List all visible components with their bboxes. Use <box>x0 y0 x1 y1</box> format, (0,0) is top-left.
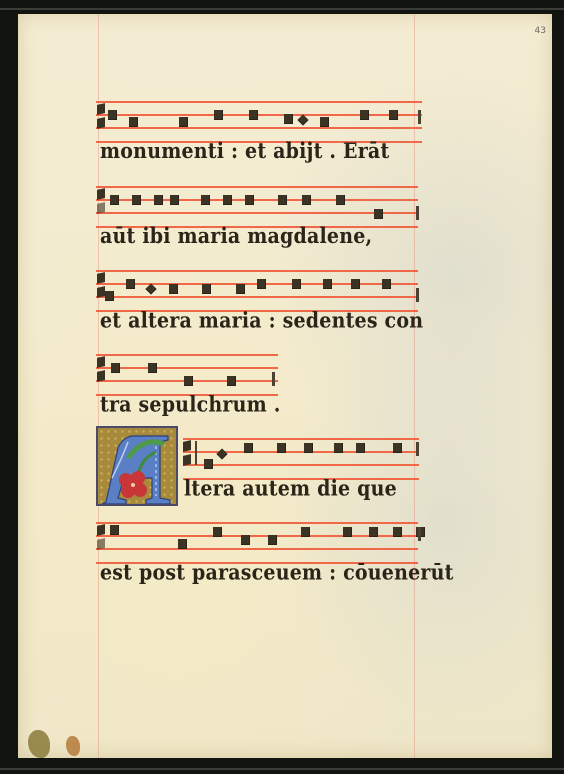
manuscript-page: 43 monumenti : et abijt . Erāt <box>18 14 552 758</box>
lyric-line-1: monumenti : et abijt . Erāt <box>100 139 389 164</box>
lyric-line-2: aūt ibi maria magdalene, <box>100 224 372 249</box>
c-clef-icon <box>97 272 105 284</box>
folio-number: 43 <box>535 26 546 36</box>
lyric-line-6: est post parasceuem : cōuenerūt <box>100 560 454 585</box>
c-clef-icon <box>97 524 105 536</box>
c-clef-icon <box>97 202 105 214</box>
music-staff-4 <box>96 354 278 396</box>
scan-frame-top <box>0 8 564 10</box>
music-staff-6 <box>96 522 418 564</box>
custos-icon <box>416 288 419 302</box>
music-staff-5 <box>183 438 419 480</box>
c-clef-icon <box>97 117 105 129</box>
scan-frame-bottom <box>0 768 564 770</box>
c-clef-icon <box>97 188 105 200</box>
stain-mark <box>66 736 80 756</box>
c-clef-icon <box>97 538 105 550</box>
custos-icon <box>416 442 419 456</box>
custos-icon <box>416 206 419 220</box>
c-clef-icon <box>97 103 105 115</box>
custos-icon <box>418 527 421 541</box>
custos-icon <box>418 110 421 124</box>
c-clef-icon <box>183 454 191 466</box>
c-clef-icon <box>97 356 105 368</box>
lyric-line-3: et altera maria : sedentes con <box>100 308 423 333</box>
stain-mark <box>28 730 50 758</box>
music-staff-3 <box>96 270 418 312</box>
lyric-line-5: ltera autem die que <box>184 476 397 501</box>
music-staff-1 <box>96 101 422 143</box>
divider-bar <box>195 441 197 465</box>
c-clef-icon <box>97 286 105 298</box>
music-staff-2 <box>96 186 418 228</box>
custos-icon <box>272 372 275 386</box>
lyric-line-4: tra sepulchrum . <box>100 392 281 417</box>
c-clef-icon <box>183 440 191 452</box>
c-clef-icon <box>97 370 105 382</box>
illuminated-initial <box>96 426 178 506</box>
initial-a-icon <box>98 428 178 506</box>
